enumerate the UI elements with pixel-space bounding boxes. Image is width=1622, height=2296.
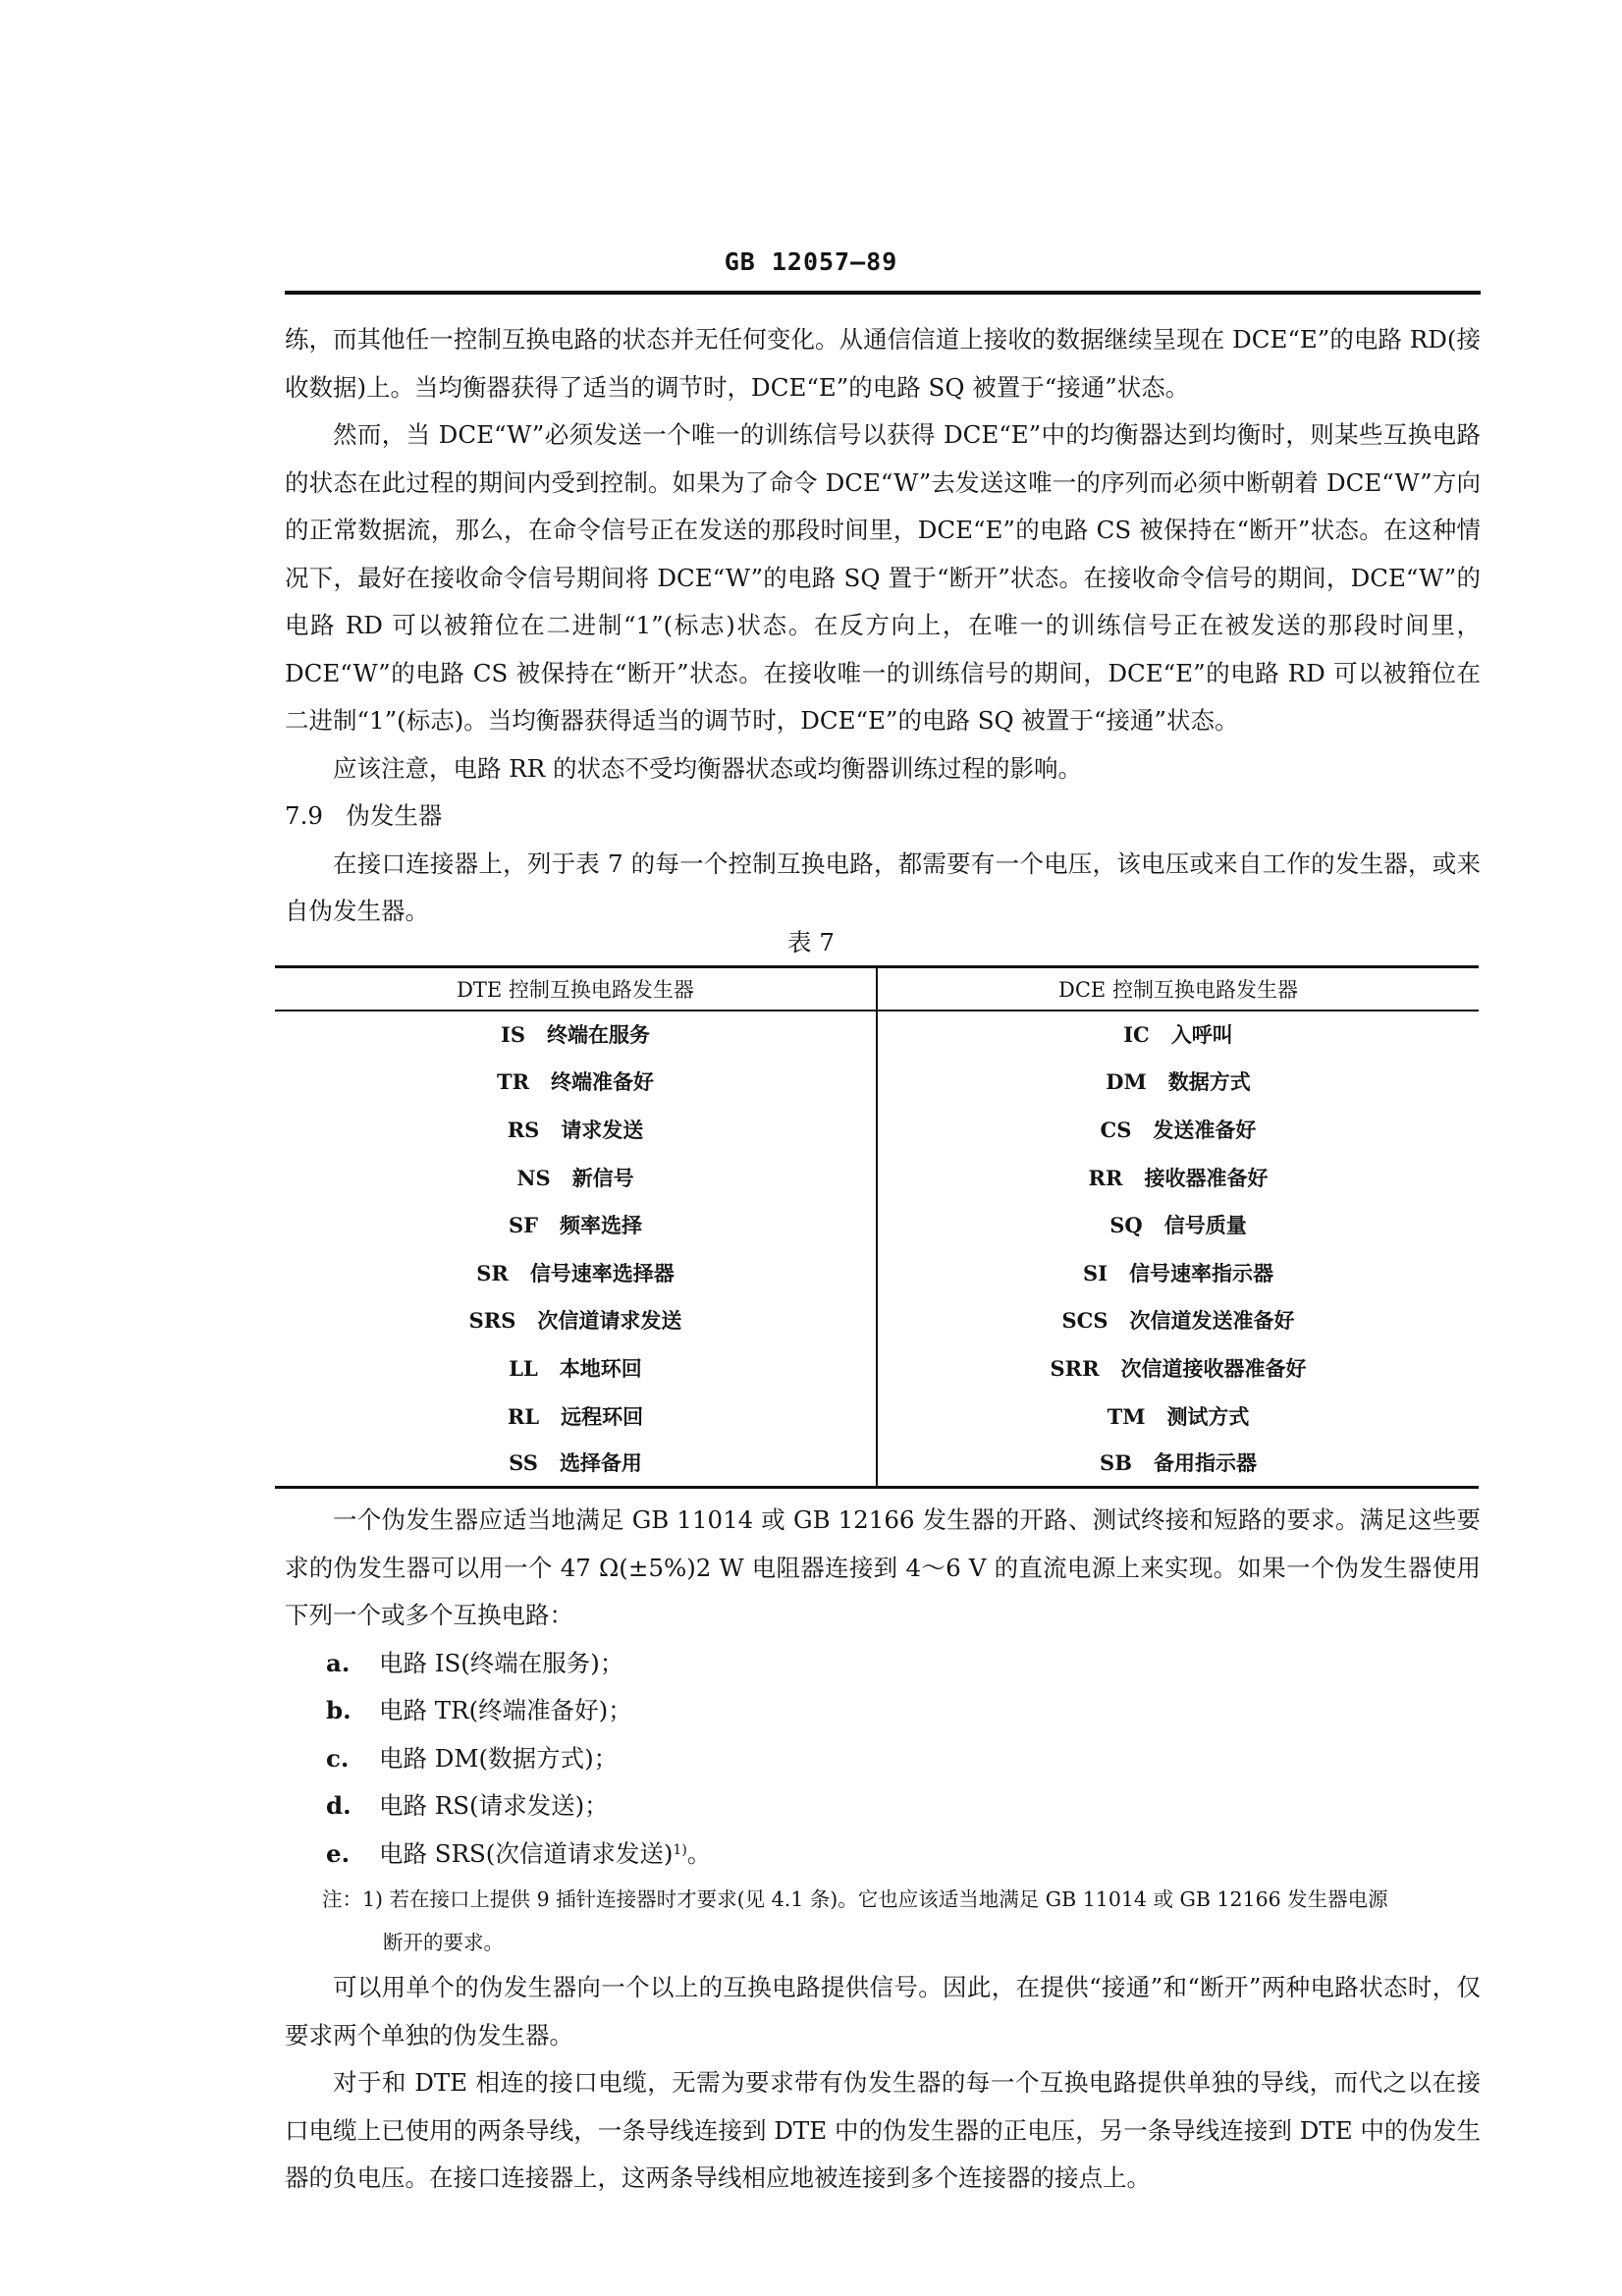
table-row: LL本地环回SRR次信道接收器准备好 [275,1344,1479,1393]
section-title: 伪发生器 [346,801,442,830]
dce-code: IC [1123,1022,1150,1047]
table-row: TR终端准备好DM数据方式 [275,1058,1479,1106]
table-row: IS终端在服务IC入呼叫 [275,1011,1479,1059]
list-text: 电路 RS(请求发送)； [379,1791,609,1820]
list-marker: d. [326,1782,379,1831]
table-row: SR信号速率选择器SI信号速率指示器 [275,1248,1479,1296]
section-number: 7.9 [285,801,323,830]
list-text: 电路 SRS(次信道请求发送) [379,1839,673,1868]
list-tail: 。 [687,1839,712,1868]
dte-cell: RS请求发送 [275,1106,877,1154]
dte-code: SS [509,1450,538,1475]
dce-name: 次信道发送准备好 [1130,1308,1295,1333]
dce-name: 发送准备好 [1153,1118,1256,1142]
dte-cell: LL本地环回 [275,1344,877,1393]
dce-code: CS [1101,1118,1132,1142]
dce-name: 备用指示器 [1154,1450,1257,1475]
dce-cell: RR接收器准备好 [877,1153,1479,1201]
list-item: d.电路 RS(请求发送)； [285,1782,1481,1831]
dce-code: DM [1106,1069,1146,1094]
list-item: a.电路 IS(终端在服务)； [285,1640,1481,1688]
list-marker: a. [326,1640,379,1688]
dce-name: 信号速率指示器 [1129,1261,1273,1285]
dte-code: RL [508,1404,539,1429]
list-marker: b. [326,1687,379,1735]
dce-name: 测试方式 [1166,1404,1249,1429]
dce-name: 信号质量 [1164,1213,1247,1237]
dte-code: TR [497,1069,529,1094]
dte-name: 请求发送 [561,1118,643,1142]
dte-cell: RL远程环回 [275,1392,877,1440]
list-text: 电路 DM(数据方式)； [379,1744,618,1773]
list-text: 电路 TR(终端准备好)； [379,1696,632,1724]
dte-name: 新信号 [572,1166,634,1190]
footnote-line-2: 断开的要求。 [285,1921,1481,1964]
dce-cell: SRR次信道接收器准备好 [877,1344,1479,1393]
dte-code: RS [508,1118,540,1142]
top-text-block: 练，而其他任一控制互换电路的状态并无任何变化。从通信信道上接收的数据继续呈现在 … [285,316,1481,936]
footnote-ref: 1) [673,1842,686,1858]
dte-cell: SS选择备用 [275,1440,877,1488]
paragraph-pseudo-generator-requirements: 一个伪发生器应适当地满足 GB 11014 或 GB 12166 发生器的开路、… [285,1497,1481,1640]
header-rule [285,291,1481,295]
dce-cell: SCS次信道发送准备好 [877,1296,1479,1344]
table-row: SF频率选择SQ信号质量 [275,1201,1479,1249]
dte-name: 终端准备好 [551,1069,654,1094]
dte-name: 本地环回 [560,1356,642,1381]
paragraph-interface-cable: 对于和 DTE 相连的接口电缆，无需为要求带有伪发生器的每一个互换电路提供单独的… [285,2059,1481,2203]
dce-name: 接收器准备好 [1144,1166,1268,1190]
dce-code: SRR [1050,1356,1099,1381]
dce-cell: DM数据方式 [877,1058,1479,1106]
dte-code: LL [509,1356,538,1381]
section-intro: 在接口连接器上，列于表 7 的每一个控制互换电路，都需要有一个电压，该电压或来自… [285,841,1481,936]
dte-name: 次信道请求发送 [537,1308,681,1333]
dte-cell: IS终端在服务 [275,1011,877,1059]
dte-code: IS [501,1022,525,1047]
dte-cell: TR终端准备好 [275,1058,877,1106]
table-caption: 表 7 [0,924,1622,958]
paragraph-rr-note: 应该注意，电路 RR 的状态不受均衡器状态或均衡器训练过程的影响。 [285,745,1481,793]
dte-cell: SR信号速率选择器 [275,1248,877,1296]
list-item: c.电路 DM(数据方式)； [285,1735,1481,1783]
list-marker: e. [326,1831,379,1879]
dte-name: 远程环回 [561,1404,643,1429]
header-dte: DTE 控制互换电路发生器 [275,967,877,1011]
dce-code: SI [1083,1261,1108,1285]
dte-name: 终端在服务 [547,1022,650,1047]
table-row: RS请求发送CS发送准备好 [275,1106,1479,1154]
generator-table: DTE 控制互换电路发生器 DCE 控制互换电路发生器 IS终端在服务IC入呼叫… [275,965,1479,1489]
list-item: e.电路 SRS(次信道请求发送)1)。 [285,1831,1481,1879]
header-dce: DCE 控制互换电路发生器 [877,967,1479,1011]
paragraph-training-signal: 然而，当 DCE“W”必须发送一个唯一的训练信号以获得 DCE“E”中的均衡器达… [285,411,1481,745]
dce-name: 次信道接收器准备好 [1121,1356,1307,1381]
list-item: b.电路 TR(终端准备好)； [285,1687,1481,1735]
dce-code: TM [1108,1404,1146,1429]
dte-name: 频率选择 [560,1213,642,1237]
paragraph-single-generator: 可以用单个的伪发生器向一个以上的互换电路提供信号。因此，在提供“接通”和“断开”… [285,1964,1481,2059]
list-marker: c. [326,1735,379,1783]
dce-code: SB [1100,1450,1132,1475]
bottom-text-block: 一个伪发生器应适当地满足 GB 11014 或 GB 12166 发生器的开路、… [285,1497,1481,2203]
dce-code: RR [1089,1166,1123,1190]
dce-code: SQ [1109,1213,1142,1237]
dce-name: 数据方式 [1168,1069,1251,1094]
dte-code: SF [509,1213,538,1237]
dte-code: SRS [469,1308,516,1333]
dce-cell: IC入呼叫 [877,1011,1479,1059]
table-header-row: DTE 控制互换电路发生器 DCE 控制互换电路发生器 [275,967,1479,1011]
section-heading: 7.9 伪发生器 [285,793,1481,841]
dce-code: SCS [1061,1308,1108,1333]
table-body: IS终端在服务IC入呼叫TR终端准备好DM数据方式RS请求发送CS发送准备好NS… [275,1011,1479,1488]
table-row: SRS次信道请求发送SCS次信道发送准备好 [275,1296,1479,1344]
footnote-line-1: 注：1) 若在接口上提供 9 插针连接器时才要求(见 4.1 条)。它也应该适当… [285,1878,1481,1921]
standard-number-header: GB 12057—89 [0,247,1622,276]
dce-cell: TM测试方式 [877,1392,1479,1440]
dte-cell: SRS次信道请求发送 [275,1296,877,1344]
paragraph-continuation: 练，而其他任一控制互换电路的状态并无任何变化。从通信信道上接收的数据继续呈现在 … [285,316,1481,411]
dte-name: 选择备用 [560,1450,642,1475]
table-row: NS新信号RR接收器准备好 [275,1153,1479,1201]
dte-cell: SF频率选择 [275,1201,877,1249]
dce-cell: CS发送准备好 [877,1106,1479,1154]
dte-code: NS [516,1166,550,1190]
circuit-list: a.电路 IS(终端在服务)；b.电路 TR(终端准备好)；c.电路 DM(数据… [285,1640,1481,1879]
dte-name: 信号速率选择器 [530,1261,675,1285]
dte-cell: NS新信号 [275,1153,877,1201]
dce-name: 入呼叫 [1171,1022,1233,1047]
dce-cell: SB备用指示器 [877,1440,1479,1488]
dte-code: SR [476,1261,509,1285]
dce-cell: SQ信号质量 [877,1201,1479,1249]
dce-cell: SI信号速率指示器 [877,1248,1479,1296]
list-text: 电路 IS(终端在服务)； [379,1649,623,1677]
table-row: RL远程环回TM测试方式 [275,1392,1479,1440]
table-row: SS选择备用SB备用指示器 [275,1440,1479,1488]
